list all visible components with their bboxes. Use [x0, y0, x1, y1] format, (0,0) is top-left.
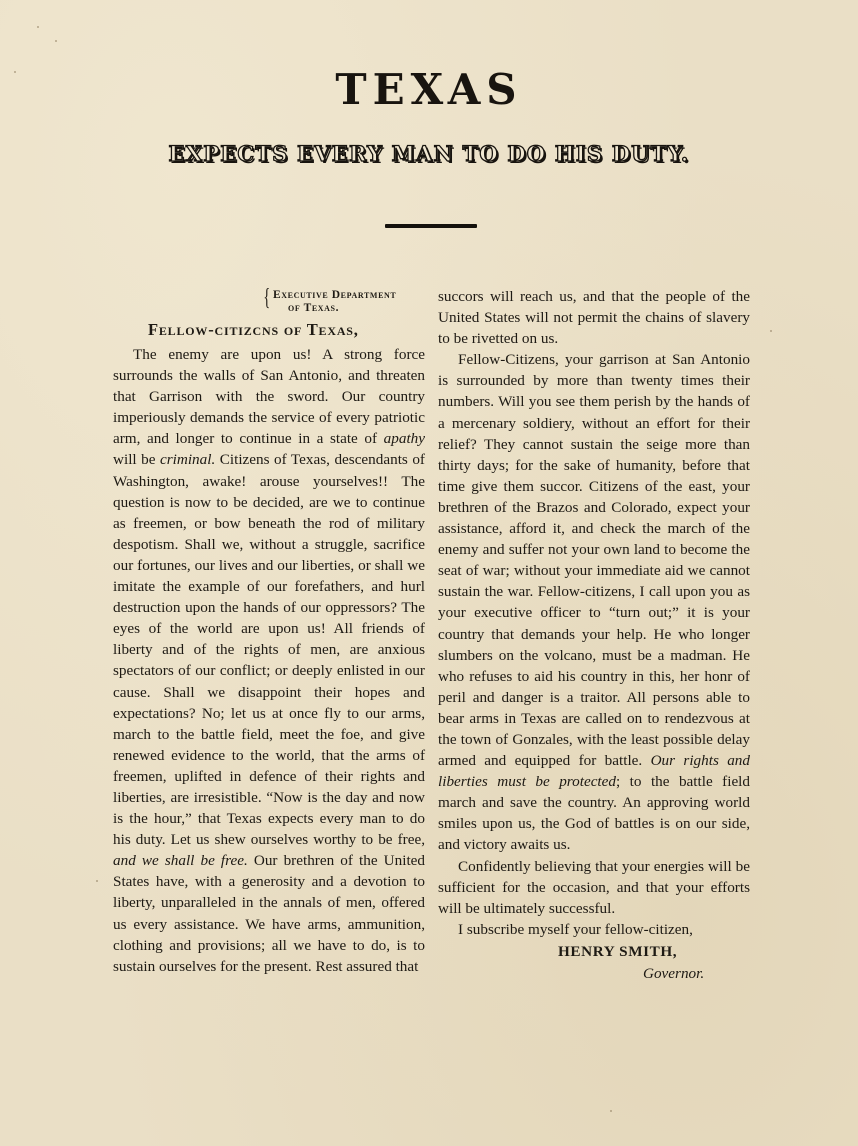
paper-speck	[14, 71, 16, 73]
broadside-page: TEXAS EXPECTS EVERY MAN TO DO HIS DUTY. …	[0, 0, 858, 1146]
paragraph-1: The enemy are upon us! A strong force su…	[113, 344, 425, 977]
paragraph-2-text-a: Fellow-Citizens, your garrison at San An…	[438, 351, 750, 769]
paper-speck	[610, 1110, 612, 1112]
document-subtitle: EXPECTS EVERY MAN TO DO HIS DUTY.	[0, 139, 858, 169]
emphasis-free: and we shall be free.	[113, 852, 248, 869]
signoff: I subscribe myself your fellow-citizen,	[438, 919, 750, 940]
signature-name: HENRY SMITH,	[558, 940, 750, 963]
paper-speck	[770, 330, 772, 332]
emphasis-apathy: apathy	[384, 430, 425, 447]
decorative-rule	[385, 224, 477, 228]
paragraph-1-text-c: Citizens of Texas, descendants of Washin…	[113, 451, 425, 848]
paragraph-2: Fellow-Citizens, your garrison at San An…	[438, 349, 750, 855]
continuation-paragraph: succors will reach us, and that the peop…	[438, 286, 750, 349]
brace-icon: {	[263, 285, 270, 311]
paragraph-3: Confidently believing that your energies…	[438, 856, 750, 919]
department-line-2: of Texas.	[288, 302, 339, 315]
emphasis-criminal: criminal.	[160, 451, 215, 468]
paragraph-1-text-d: Our brethren of the United States have, …	[113, 852, 425, 974]
document-title: TEXAS	[0, 66, 858, 114]
department-line-1: Executive Department	[273, 289, 396, 302]
paragraph-1-text-a: The enemy are upon us! A strong force su…	[113, 346, 425, 447]
paper-speck	[37, 26, 39, 28]
left-column: { Executive Department of Texas. Fellow-…	[113, 287, 425, 977]
paper-speck	[55, 40, 57, 42]
paragraph-1-text-b: will be	[113, 451, 160, 468]
right-column: succors will reach us, and that the peop…	[438, 286, 750, 984]
signature-title: Governor.	[643, 963, 750, 984]
department-header: { Executive Department of Texas.	[261, 287, 425, 317]
salutation: Fellow-citizcns of Texas,	[148, 319, 425, 341]
paper-speck	[96, 880, 98, 882]
